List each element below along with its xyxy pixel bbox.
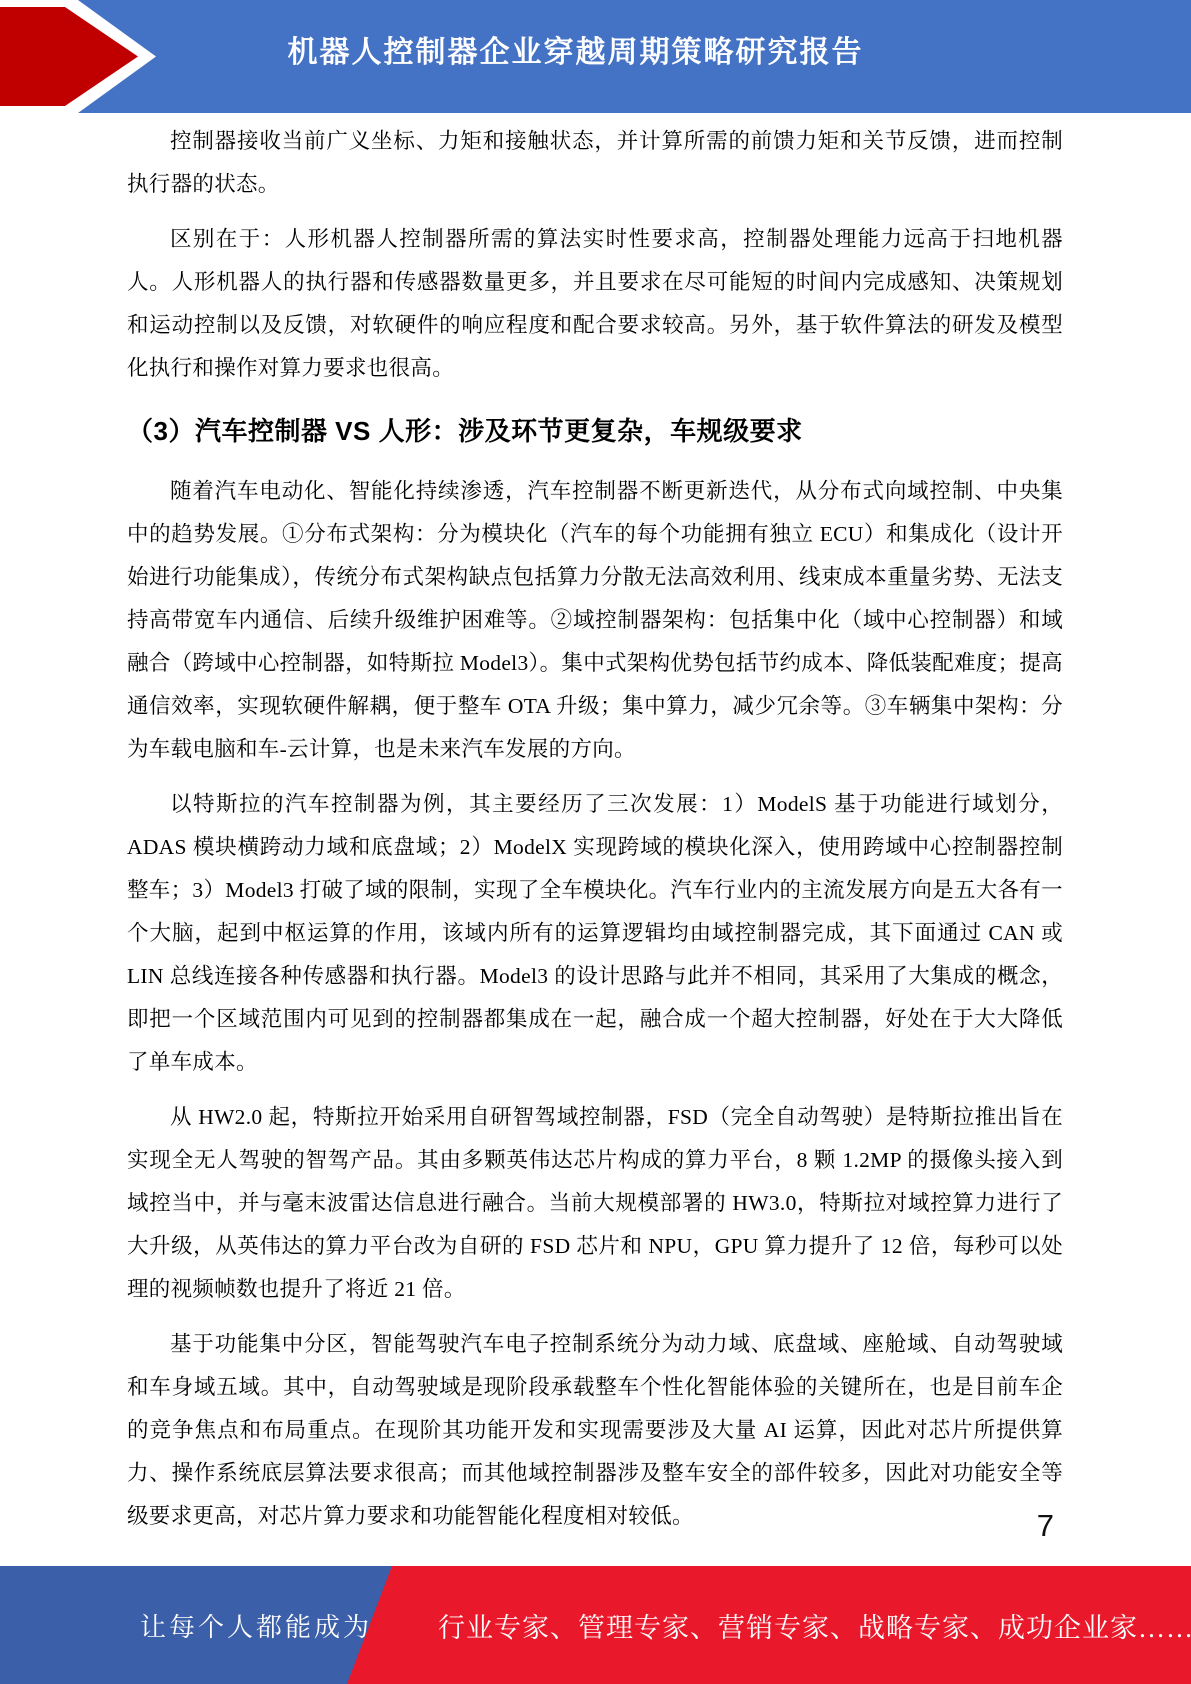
section-heading: （3）汽车控制器 VS 人形：涉及环节更复杂，车规级要求 — [127, 410, 1063, 452]
page-header: 机器人控制器企业穿越周期策略研究报告 — [0, 0, 1191, 113]
footer-slogan-right: 行业专家、管理专家、营销专家、战略专家、成功企业家…… — [438, 1566, 1191, 1684]
paragraph: 从 HW2.0 起，特斯拉开始采用自研智驾域控制器，FSD（完全自动驾驶）是特斯… — [127, 1096, 1063, 1311]
paragraph: 基于功能集中分区，智能驾驶汽车电子控制系统分为动力域、底盘域、座舱域、自动驾驶域… — [127, 1323, 1063, 1538]
page-body: 控制器接收当前广义坐标、力矩和接触状态，并计算所需的前馈力矩和关节反馈，进而控制… — [0, 113, 1191, 1538]
paragraph: 随着汽车电动化、智能化持续渗透，汽车控制器不断更新迭代，从分布式向域控制、中央集… — [127, 470, 1063, 771]
report-page: 机器人控制器企业穿越周期策略研究报告 控制器接收当前广义坐标、力矩和接触状态，并… — [0, 0, 1191, 1684]
page-footer: 让每个人都能成为 行业专家、管理专家、营销专家、战略专家、成功企业家…… — [0, 1566, 1191, 1684]
footer-slogan-left: 让每个人都能成为 — [140, 1566, 372, 1684]
report-title: 机器人控制器企业穿越周期策略研究报告 — [0, 27, 1151, 71]
page-number: 7 — [1037, 1508, 1054, 1544]
paragraph: 控制器接收当前广义坐标、力矩和接触状态，并计算所需的前馈力矩和关节反馈，进而控制… — [127, 120, 1063, 206]
paragraph: 区别在于：人形机器人控制器所需的算法实时性要求高，控制器处理能力远高于扫地机器人… — [127, 218, 1063, 390]
paragraph: 以特斯拉的汽车控制器为例，其主要经历了三次发展：1）ModelS 基于功能进行域… — [127, 783, 1063, 1084]
